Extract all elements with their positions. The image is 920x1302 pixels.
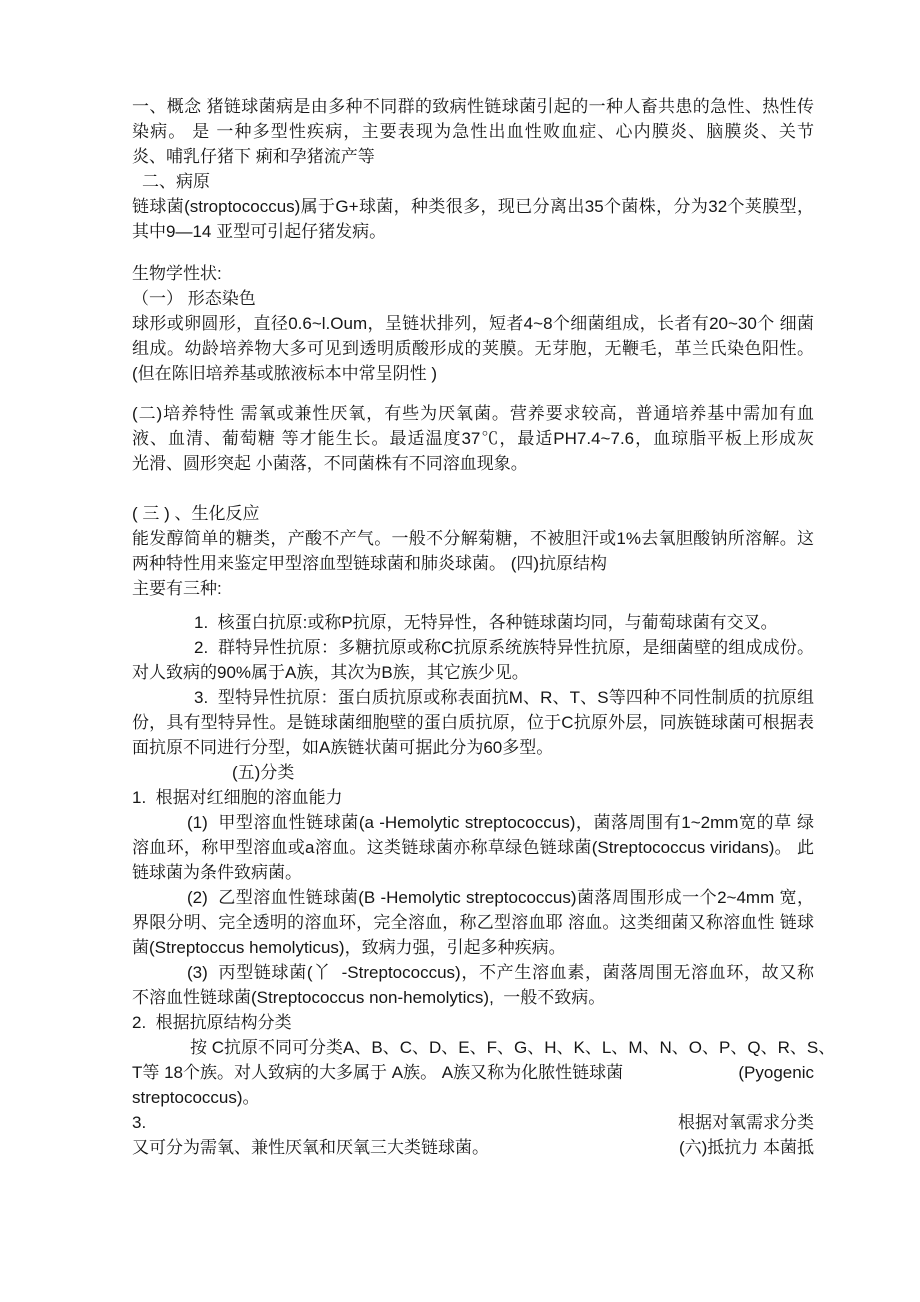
text-line: 球形或卵圆形，直径0.6~l.Oum，呈链状排列，短者4~8个细菌组成，长者有2…: [132, 311, 814, 336]
text-segment: D、: [429, 1035, 458, 1060]
text-line: 二、病原: [132, 169, 814, 194]
text-line: streptococcus)。: [132, 1085, 814, 1110]
text-segment: T等 18个族。对人致病的大多属于 A族。 A族又称为化脓性链球菌: [132, 1060, 623, 1085]
text-line: 份，具有型特异性。是链球菌细胞壁的蛋白质抗原，位于C抗原外层，同族链球菌可根据表: [132, 710, 814, 735]
text-segment: 3.: [132, 1110, 146, 1135]
text-line: (二)培养特性 需氧或兼性厌氧，有些为厌氧菌。营养要求较高，普通培养基中需加有血: [132, 401, 814, 426]
text-line: (但在陈旧培养基或脓液标本中常呈阴性 ): [132, 361, 814, 386]
text-line: 其中9—14 亚型可引起仔猪发病。: [132, 219, 814, 244]
text-line: 能发醇简单的糖类，产酸不产气。一般不分解菊糖，不被胆汗或1%去氧胆酸钠所溶解。这: [132, 526, 814, 551]
text-segment: O、: [689, 1035, 719, 1060]
text-line: 菌(Streptoccus hemolyticus)，致病力强，引起多种疾病。: [132, 935, 814, 960]
text-line: 组成。幼龄培养物大多可见到透明质酸形成的荚膜。无芽胞，无鞭毛，革兰氏染色阳性。: [132, 336, 814, 361]
text-line: 3. 型特异性抗原：蛋白质抗原或称表面抗M、R、T、S等四种不同性制质的抗原组: [132, 685, 814, 710]
text-line: 液、血清、葡萄糖 等才能生长。最适温度37℃，最适PH7.4~7.6，血琼脂平板…: [132, 426, 814, 451]
text-line: (2) 乙型溶血性链球菌(B -Hemolytic streptococcus)…: [132, 885, 814, 910]
text-line: 溶血环，称甲型溶血或a溶血。这类链球菌亦称草绿色链球菌(Streptococcu…: [132, 835, 814, 860]
text-line: 界限分明、完全透明的溶血环，完全溶血，称乙型溶血耶 溶血。这类细菌又称溶血性 链…: [132, 910, 814, 935]
text-line: 不溶血性链球菌(Streptococcus non-hemolytics), 一…: [132, 985, 814, 1010]
text-line: (五)分类: [132, 760, 814, 785]
text-segment: H、: [544, 1035, 573, 1060]
text-segment: K、: [574, 1035, 602, 1060]
text-line: T等 18个族。对人致病的大多属于 A族。 A族又称为化脓性链球菌(Pyogen…: [132, 1060, 814, 1085]
text-segment: (六)抵抗力 本菌抵: [679, 1135, 814, 1160]
text-segment: N、: [659, 1035, 688, 1060]
text-line: 面抗原不同进行分型，如A族链状菌可据此分为60多型。: [132, 735, 814, 760]
text-line: 1. 根据对红细胞的溶血能力: [132, 785, 814, 810]
text-line: 按 C抗原不同可分类A、B、C、D、E、F、G、H、K、L、M、N、O、P、Q、…: [132, 1035, 814, 1060]
text-segment: C、: [400, 1035, 429, 1060]
text-segment: 按 C抗原不同可分类: [190, 1035, 343, 1060]
text-line: 链球菌为条件致病菌。: [132, 860, 814, 885]
text-segment: B、: [371, 1035, 399, 1060]
text-segment: 根据对氧需求分类: [678, 1110, 814, 1135]
text-line: 1. 核蛋白抗原:或称P抗原，无特异性，各种链球菌均同，与葡萄球菌有交叉。: [132, 610, 814, 635]
text-segment: F、: [487, 1035, 514, 1060]
text-line: 2. 群特异性抗原：多糖抗原或称C抗原系统族特异性抗原，是细菌壁的组成成份。: [132, 635, 814, 660]
text-line: 光滑、圆形突起 小菌落，不同菌株有不同溶血现象。: [132, 451, 814, 476]
document-page: 一、概念 猪链球菌病是由多种不同群的致病性链球菌引起的一种人畜共患的急性、热性传…: [0, 0, 920, 1302]
text-line: 对人致病的90%属于A族，其次为B族，其它族少见。: [132, 660, 814, 685]
text-line: ( 三 ) 、生化反应: [132, 501, 814, 526]
text-line: 3.根据对氧需求分类: [132, 1110, 814, 1135]
text-segment: 又可分为需氧、兼性厌氧和厌氧三大类链球菌。: [132, 1135, 489, 1160]
text-segment: E、: [458, 1035, 486, 1060]
text-line: 主要有三种:: [132, 576, 814, 601]
text-segment: P、: [719, 1035, 747, 1060]
text-line: （一） 形态染色: [132, 286, 814, 311]
text-line: 染病。 是 一种多型性疾病，主要表现为急性出血性败血症、心内膜炎、脑膜炎、关节: [132, 119, 814, 144]
text-line: 2. 根据抗原结构分类: [132, 1010, 814, 1035]
text-line: 一、概念 猪链球菌病是由多种不同群的致病性链球菌引起的一种人畜共患的急性、热性传: [132, 94, 814, 119]
text-segment: L、: [602, 1035, 628, 1060]
document-body: 一、概念 猪链球菌病是由多种不同群的致病性链球菌引起的一种人畜共患的急性、热性传…: [132, 94, 814, 1160]
text-segment: (Pyogenic: [738, 1060, 814, 1085]
text-segment: Q、: [747, 1035, 777, 1060]
text-segment: S、: [807, 1035, 835, 1060]
text-line: 又可分为需氧、兼性厌氧和厌氧三大类链球菌。(六)抵抗力 本菌抵: [132, 1135, 814, 1160]
text-line: 生物学性状:: [132, 261, 814, 286]
text-line: (3) 丙型链球菌(丫 -Streptococcus)，不产生溶血素，菌落周围无…: [132, 960, 814, 985]
text-segment: M、: [628, 1035, 659, 1060]
text-segment: R、: [778, 1035, 807, 1060]
text-line: 链球菌(stroptococcus)属于G+球菌，种类很多，现已分离出35个菌株…: [132, 194, 814, 219]
text-segment: A、: [343, 1035, 371, 1060]
text-segment: G、: [514, 1035, 544, 1060]
text-line: 两种特性用来鉴定甲型溶血型链球菌和肺炎球菌。 (四)抗原结构: [132, 551, 814, 576]
text-line: (1) 甲型溶血性链球菌(a -Hemolytic streptococcus)…: [132, 810, 814, 835]
text-line: 炎、哺乳仔猪下 痢和孕猪流产等: [132, 144, 814, 169]
